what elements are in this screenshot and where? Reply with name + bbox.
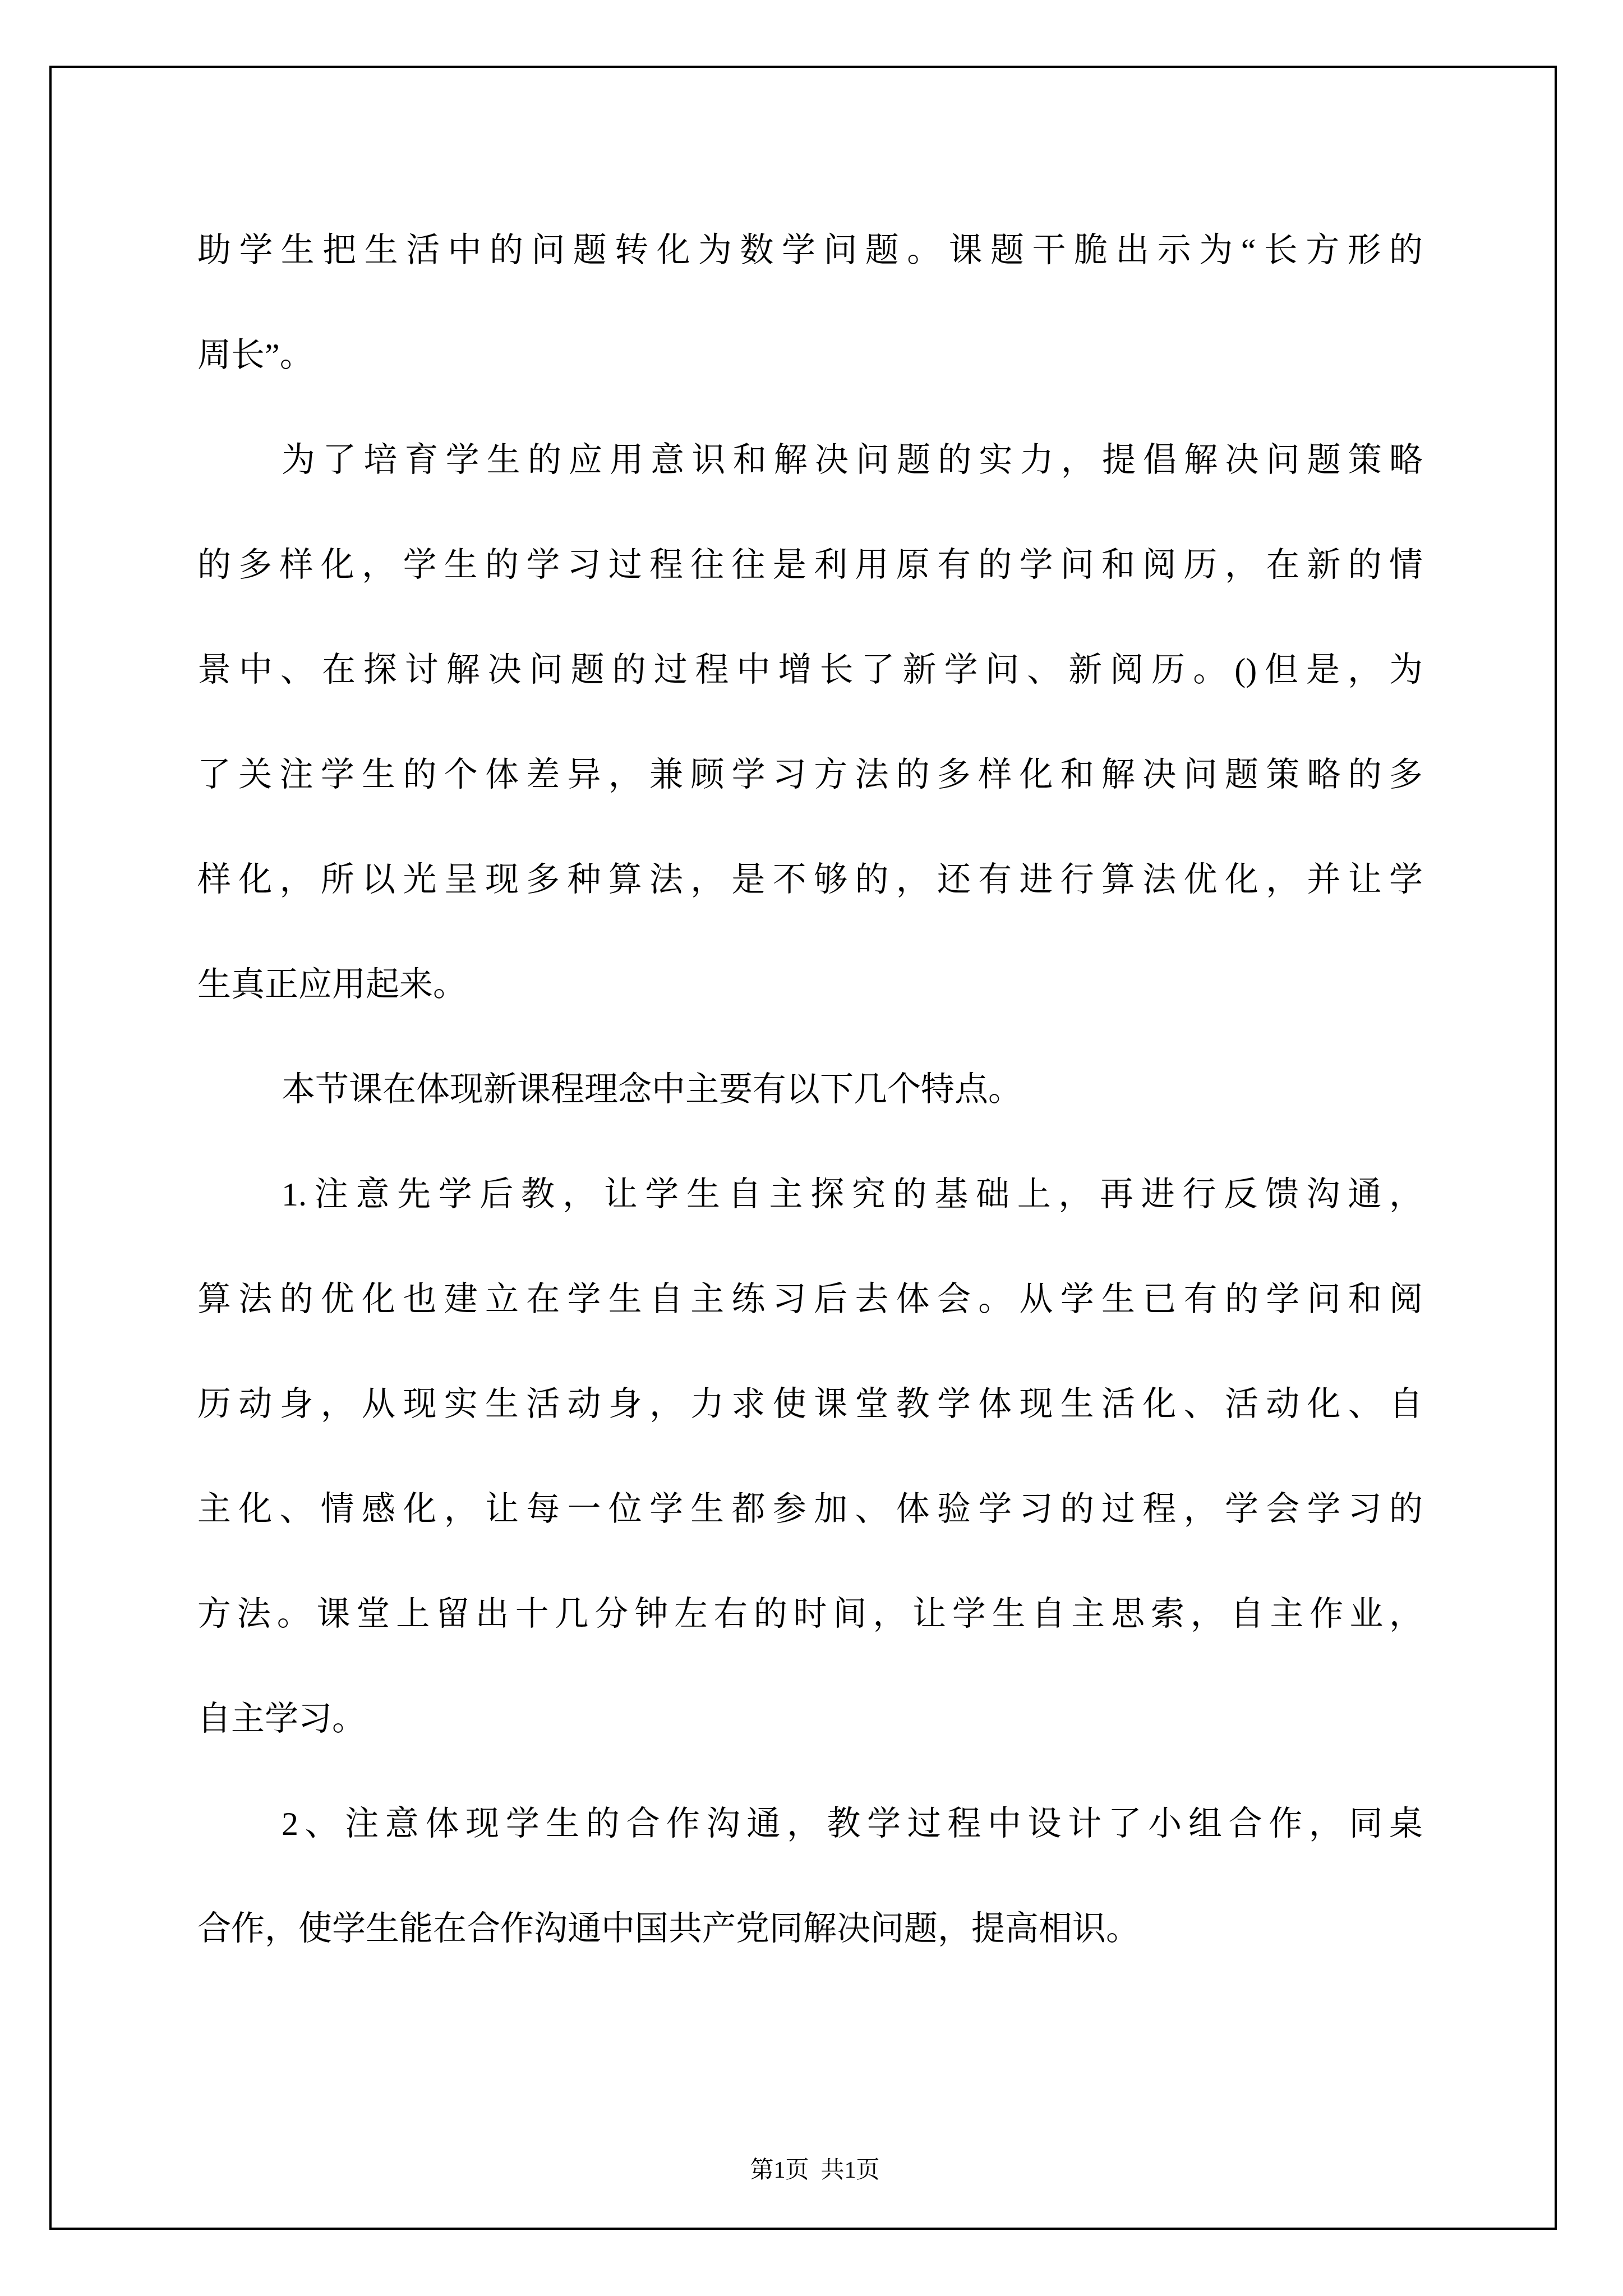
text-line: 自主学习。 bbox=[197, 1667, 1423, 1772]
text-line: 助学生把生活中的问题转化为数学问题。课题干脆出示为“长方形的 bbox=[197, 198, 1423, 303]
text-line: 方法。课堂上留出十几分钟左右的时间，让学生自主思索，自主作业， bbox=[197, 1562, 1423, 1667]
text-line: 的多样化，学生的学习过程往往是利用原有的学问和阅历，在新的情 bbox=[197, 513, 1423, 618]
page-footer: 第1页 共1页 bbox=[52, 2130, 1555, 2211]
text-line: 为了培育学生的应用意识和解决问题的实力，提倡解决问题策略 bbox=[197, 408, 1423, 513]
text-line: 2、注意体现学生的合作沟通，教学过程中设计了小组合作，同桌 bbox=[197, 1772, 1423, 1876]
text-line: 了关注学生的个体差异，兼顾学习方法的多样化和解决问题策略的多 bbox=[197, 723, 1423, 827]
text-line: 样化，所以光呈现多种算法，是不够的，还有进行算法优化，并让学 bbox=[197, 827, 1423, 932]
text-line: 本节课在体现新课程理念中主要有以下几个特点。 bbox=[197, 1037, 1423, 1142]
text-line: 合作，使学生能在合作沟通中国共产党同解决问题，提高相识。 bbox=[197, 1876, 1423, 1981]
page-border-frame: 助学生把生活中的问题转化为数学问题。课题干脆出示为“长方形的周长”。为了培育学生… bbox=[49, 66, 1557, 2230]
text-line: 历动身，从现实生活动身，力求使课堂教学体现生活化、活动化、自 bbox=[197, 1352, 1423, 1457]
text-line: 景中、在探讨解决问题的过程中增长了新学问、新阅历。()但是，为 bbox=[197, 618, 1423, 723]
text-line: 算法的优化也建立在学生自主练习后去体会。从学生已有的学问和阅 bbox=[197, 1247, 1423, 1352]
page-number-text: 第1页 共1页 bbox=[750, 2157, 879, 2183]
text-line: 周长”。 bbox=[197, 303, 1423, 408]
text-line: 主化、情感化，让每一位学生都参加、体验学习的过程，学会学习的 bbox=[197, 1457, 1423, 1562]
text-line: 生真正应用起来。 bbox=[197, 932, 1423, 1037]
document-body: 助学生把生活中的问题转化为数学问题。课题干脆出示为“长方形的周长”。为了培育学生… bbox=[197, 198, 1423, 1981]
text-line: 1.注意先学后教，让学生自主探究的基础上，再进行反馈沟通， bbox=[197, 1142, 1423, 1247]
